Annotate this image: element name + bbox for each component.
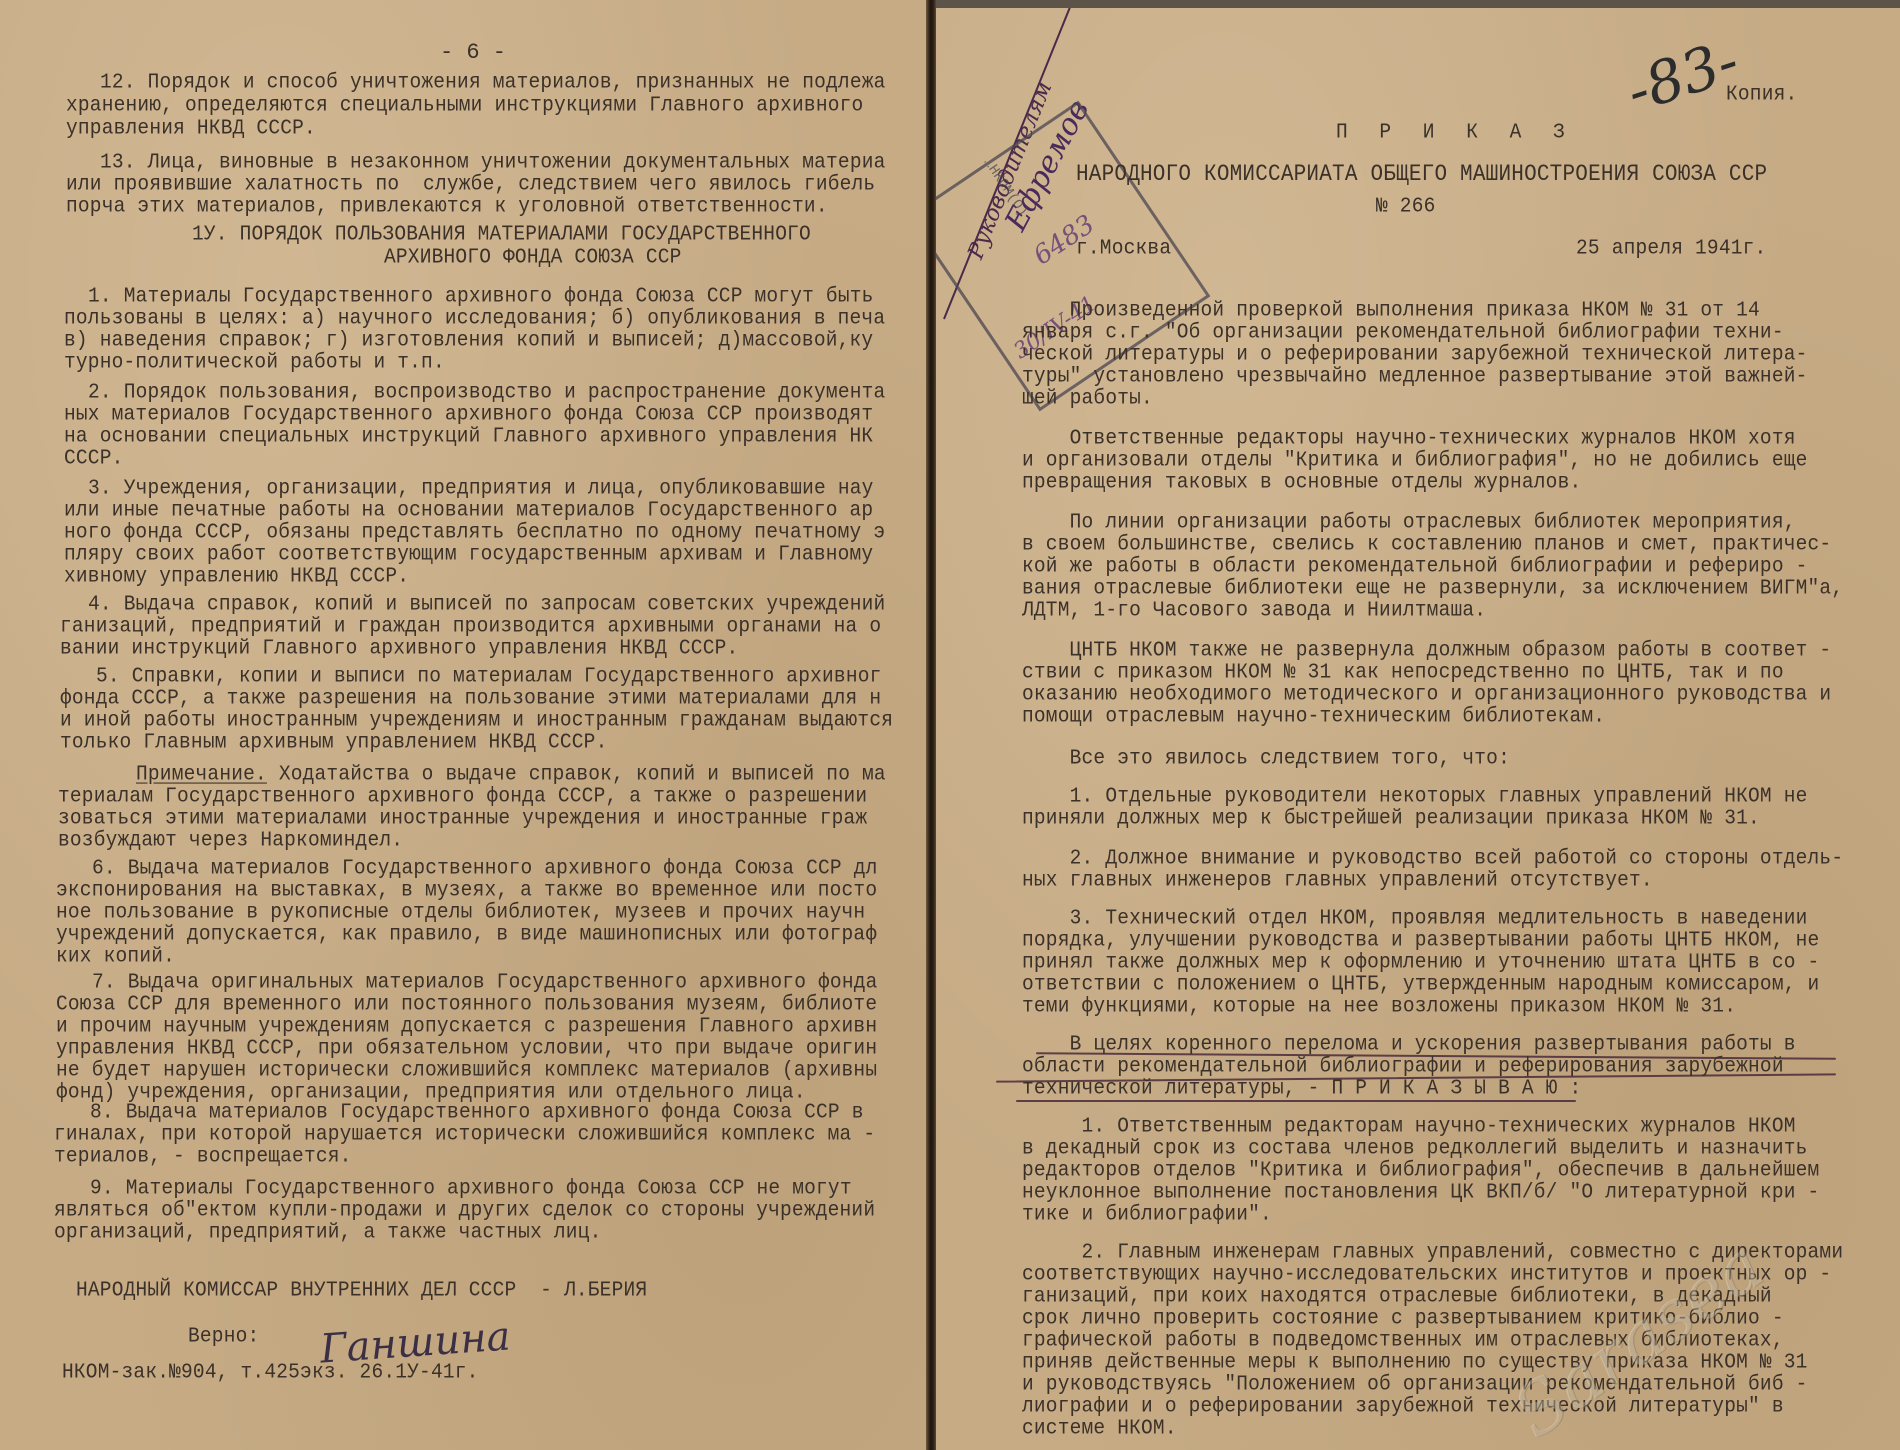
folio-number: -83- (1618, 26, 1746, 126)
text-line: порядка, улучшении руководства и разверт… (1022, 928, 1819, 952)
text-line: 7. Выдача оригинальных материалов Госуда… (92, 970, 878, 994)
text-line: организаций, предприятий, а также частны… (54, 1220, 602, 1244)
text-line: управления НКВД СССР, при обязательном у… (56, 1036, 877, 1060)
text-line: 6. Выдача материалов Государственного ар… (92, 856, 878, 880)
text-line: СССР. (64, 446, 124, 470)
text-line: 13. Лица, виновные в незаконном уничтоже… (100, 150, 886, 174)
text-line: и организовали отделы "Критика и библиог… (1022, 448, 1808, 472)
text-line: 1. Отдельные руководители некоторых глав… (1022, 784, 1808, 808)
text-line: приняли должных мер к быстрейшей реализа… (1022, 806, 1760, 830)
document-title: П Р И К А З (1336, 120, 1575, 144)
text-line: 8. Выдача материалов Государственного ар… (90, 1100, 864, 1124)
text-line: 12. Порядок и способ уничтожения материа… (100, 70, 886, 94)
text-line: теми функциями, которые на нее возложены… (1022, 994, 1736, 1018)
text-line: экспонирования на выставках, в музеях, а… (56, 878, 877, 902)
text-line: ЛДТМ, 1-го Часового завода и Ниилтмаша. (1022, 598, 1486, 622)
right-page: Руководителям Ефремов …НКОМ(О) 6483 30/I… (936, 0, 1900, 1450)
order-number: № 266 (1376, 194, 1436, 218)
document-subtitle: НАРОДНОГО КОМИССАРИАТА ОБЩЕГО МАШИНОСТРО… (1076, 164, 1767, 188)
text-line: оказанию необходимого методического и ор… (1022, 682, 1831, 706)
text-line: хивному управлению НКВД СССР. (64, 564, 409, 588)
text-line: только Главным архивным управлением НКВД… (60, 730, 608, 754)
section-heading: 1У. ПОРЯДОК ПОЛЬЗОВАНИЯ МАТЕРИАЛАМИ ГОСУ… (192, 222, 811, 246)
text-line: По линии организации работы отраслевых б… (1022, 510, 1796, 534)
text-line: Ответственные редакторы научно-техническ… (1022, 426, 1796, 450)
text-line: ческой литературы и о реферировании зару… (1022, 342, 1808, 366)
text-line: лиографии и о реферировании зарубежной т… (1022, 1394, 1784, 1418)
text-line: системе НКОМ. (1022, 1416, 1177, 1440)
text-line: Произведенной проверкой выполнения прика… (1022, 298, 1760, 322)
text-line: в своем большинстве, свелись к составлен… (1022, 532, 1831, 556)
text-line: 3. Технический отдел НКОМ, проявляя медл… (1022, 906, 1808, 930)
text-line: туры" установлено чрезвычайно медленное … (1022, 364, 1808, 388)
text-line: принял также должных мер к оформлению и … (1022, 950, 1819, 974)
text-line: и руководствуясь "Положением об организа… (1022, 1372, 1808, 1396)
text-line: в декадный срок из состава членов редкол… (1022, 1136, 1808, 1160)
text-line: 5. Справки, копии и выписи по материалам… (96, 664, 882, 688)
commissar-signature-line: НАРОДНЫЙ КОМИССАР ВНУТРЕННИХ ДЕЛ СССР - … (76, 1278, 647, 1302)
left-page: - 6 - 12. Порядок и способ уничтожения м… (0, 0, 928, 1450)
text-line: териалов, - воспрещается. (54, 1144, 352, 1168)
text-line: 2. Порядок пользования, воспроизводство … (88, 380, 885, 404)
text-line: ное пользование в рукописные отделы библ… (56, 900, 865, 924)
verno-label: Верно: (188, 1324, 259, 1348)
stamp-text: …НКОМ(О) (980, 155, 1031, 220)
text-line: января с.г. "Об организации рекомендател… (1022, 320, 1784, 344)
text-line: ного фонда СССР, обязаны представлять бе… (64, 520, 885, 544)
text-line: пользованы в целях: а) научного исследов… (64, 306, 885, 330)
text-line: ких копий. (56, 944, 175, 968)
text-line: или иные печатные работы на основании ма… (64, 498, 873, 522)
copy-label: Копия. (1726, 82, 1797, 106)
ink-underline (1016, 1100, 1576, 1102)
text-line: и иной работы иностранным учреждениям и … (60, 708, 893, 732)
text-line: ных главных инженеров главных управлений… (1022, 868, 1653, 892)
date: 25 апреля 1941г. (1576, 236, 1766, 260)
text-line: зоваться этими материалами иностранные у… (58, 806, 867, 830)
text-line: на основании специальных инструкций Глав… (64, 424, 873, 448)
text-line: вания отраслевые библиотеки еще не разве… (1022, 576, 1843, 600)
note-label: Примечание. (136, 762, 267, 786)
text-line: управления НКВД СССР. (66, 116, 316, 140)
text-line: являться об"ектом купли-продажи и других… (54, 1198, 875, 1222)
text-line: 9. Материалы Государственного архивного … (90, 1176, 852, 1200)
text-line: 1. Ответственным редакторам научно-техни… (1022, 1114, 1796, 1138)
text-line: неуклонное выполнение постановления ЦК В… (1022, 1180, 1819, 1204)
city: г.Москва (1076, 236, 1171, 260)
text-line: Все это явилось следствием того, что: (1022, 746, 1510, 770)
order-intro-line: технической литературы, - П Р И К А З Ы … (1022, 1076, 1581, 1100)
note: Примечание. Ходатайства о выдаче справок… (136, 762, 886, 786)
text-line: в) наведения справок; г) изготовления ко… (64, 328, 873, 352)
text-line: турно-политической работы и т.п. (64, 350, 445, 374)
text-line: возбуждают через Наркоминдел. (58, 828, 403, 852)
section-heading: АРХИВНОГО ФОНДА СОЮЗА ССР (384, 245, 682, 269)
text-line: 4. Выдача справок, копий и выписей по за… (88, 592, 885, 616)
text-line: ствии с приказом НКОМ № 31 как непосредс… (1022, 660, 1784, 684)
text-line: Союза ССР для временного или постоянного… (56, 992, 877, 1016)
text-line: кой же работы в области рекомендательной… (1022, 554, 1808, 578)
text-line: ных материалов Государственного архивног… (64, 402, 873, 426)
page-number: - 6 - (440, 40, 506, 65)
text-line: не будет нарушен исторически сложившийся… (56, 1058, 877, 1082)
text-line: шей работы. (1022, 386, 1153, 410)
text-line: 2. Должное внимание и руководство всей р… (1022, 846, 1843, 870)
text-line: и прочим научным учреждениям допускается… (56, 1014, 877, 1038)
text-line: вании инструкций Главного архивного упра… (60, 636, 738, 660)
text-line: ЦНТБ НКОМ также не развернула должным об… (1022, 638, 1831, 662)
text-line: превращения таковых в основные отделы жу… (1022, 470, 1581, 494)
text-line: помощи отраслевым научно-техническим биб… (1022, 704, 1605, 728)
text-line: хранению, определяются специальными инст… (66, 93, 863, 117)
text-line: 1. Материалы Государственного архивного … (88, 284, 874, 308)
text-line: териалам Государственного архивного фонд… (58, 784, 867, 808)
text-line: 3. Учреждения, организации, предприятия … (88, 476, 874, 500)
text-line: учреждений допускается, как правило, в в… (56, 922, 877, 946)
text-line: ганизаций, предприятий и граждан произво… (60, 614, 881, 638)
text-line: или проявившие халатность по службе, сле… (66, 172, 875, 196)
text-line: порча этих материалов, привлекаются к уг… (66, 194, 828, 218)
text-line: приняв действенные меры к выполнению по … (1022, 1350, 1808, 1374)
text-line: гиналах, при которой нарушается историче… (54, 1122, 875, 1146)
text-line: фонда СССР, а также разрешения на пользо… (60, 686, 881, 710)
text-line: тике и библиографии". (1022, 1202, 1272, 1226)
text-line: ответствии с положением о ЦНТБ, утвержде… (1022, 972, 1819, 996)
footer-reference: НКОМ-зак.№904, т.425экз. 26.1У-41г. (62, 1360, 479, 1384)
text-line: редакторов отделов "Критика и библиограф… (1022, 1158, 1819, 1182)
text-line: пляру своих работ соответствующим госуда… (64, 542, 873, 566)
